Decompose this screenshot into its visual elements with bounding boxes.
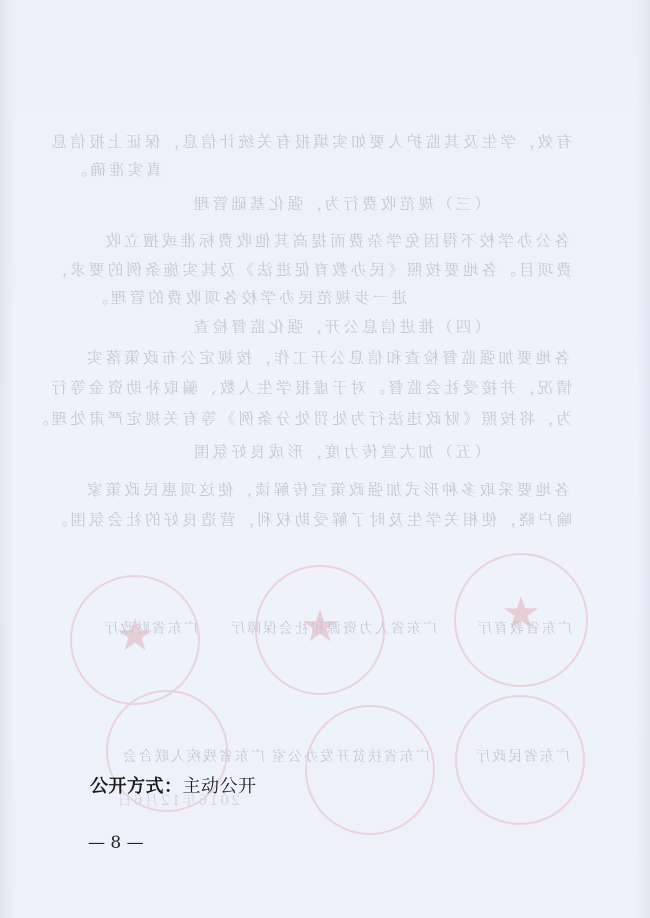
seal-label: 广东省教育厅 <box>476 618 572 638</box>
bleed-line: 喻户晓，使相关学生及时了解受助权利，营造良好的社会氛围。 <box>48 511 572 529</box>
bleed-line: 有效，学生及其监护人要如实填报有关统计信息，保证上报信息 <box>48 133 572 151</box>
bleed-line: 真实准确。 <box>68 161 162 179</box>
disclosure-label: 公开方式： <box>90 776 183 797</box>
bleed-line: 各地要采取多种形式加强政策宣传解读，使这项惠民政策家 <box>84 481 570 499</box>
bleed-line: 各公办学校不得因免学杂费而提高其他收费标准或擅立收 <box>102 232 570 250</box>
seal-label: 广东省民政厅 <box>474 746 570 766</box>
seal-label: 广东省人力资源和社会保障厅 <box>229 618 437 638</box>
bleed-line: （三）规范收费行为，强化基础管理 <box>191 195 490 213</box>
seal-label: 广东省残疾人联合会 <box>121 746 265 766</box>
page-number: — 8 — <box>88 833 144 853</box>
official-seal <box>305 705 435 835</box>
bleed-line: 情况，并接受社会监督。对于虚报学生人数、骗取补助资金等行 <box>48 379 572 397</box>
document-page: 有效，学生及其监护人要如实填报有关统计信息，保证上报信息 真实准确。 （三）规范… <box>0 0 650 918</box>
bleed-line: （五）加大宣传力度，形成良好氛围 <box>191 443 490 461</box>
seal-label: 广东省扶贫开发办公室 <box>270 746 430 766</box>
seal-label: 广东省财政厅 <box>102 618 198 638</box>
bleed-line: 各地要加强监督检查和信息公开工作，按规定公布政策落实 <box>84 349 570 367</box>
disclosure-value: 主动公开 <box>183 776 257 797</box>
bleed-line: （四）推进信息公开，强化监督检查 <box>191 318 490 336</box>
bleed-line: 费项目。各地要按照《民办教育促进法》及其实施条例的要求， <box>48 261 572 279</box>
bleed-line: 为，将按照《财政违法行为处罚处分条例》等有关规定严肃处理。 <box>30 410 572 428</box>
bleed-line: 进一步规范民办学校各项收费的管理。 <box>89 289 407 307</box>
disclosure-method: 公开方式：主动公开 <box>90 772 257 798</box>
